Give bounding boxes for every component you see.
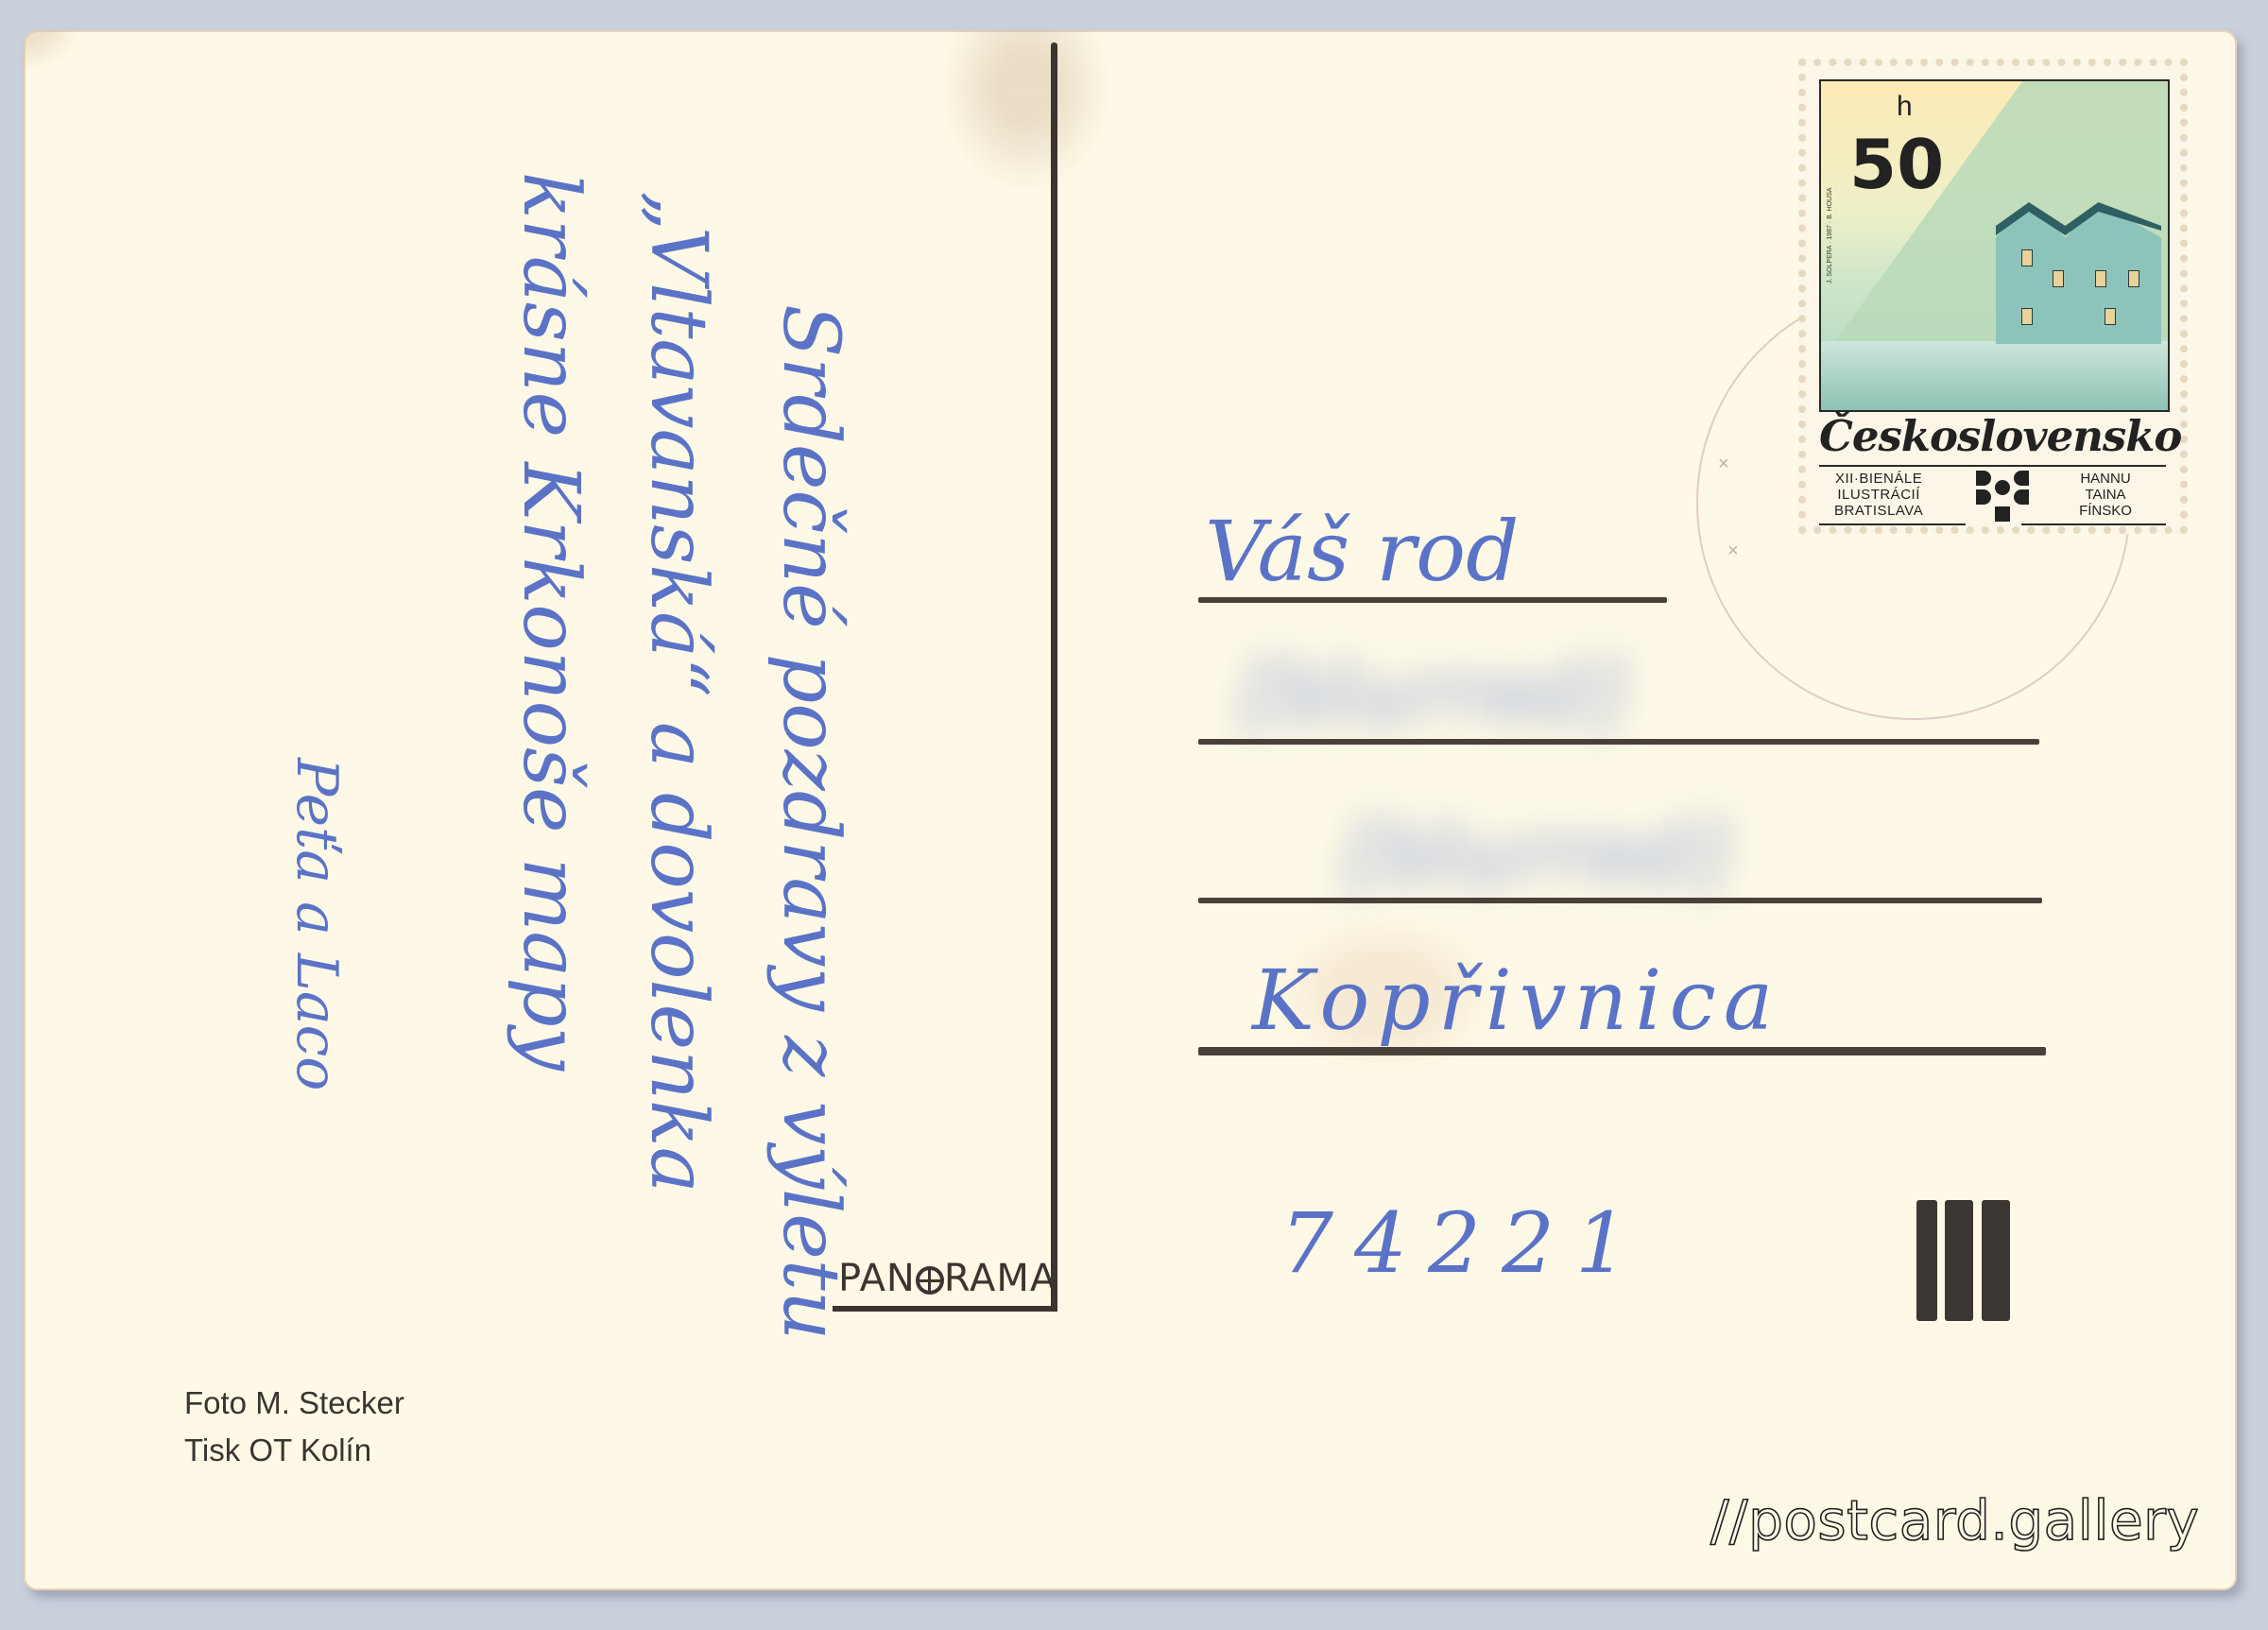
message-signature: Peťa a Laco	[283, 758, 350, 1090]
postal-sort-bar	[1982, 1200, 2010, 1321]
postcard: × × h 50 J. SOLPERA · 1987 · B. HOUSA Če…	[24, 30, 2237, 1590]
postmark-mark-icon: ×	[1727, 540, 1739, 562]
bienale-logo-icon	[1976, 471, 2029, 523]
photo-credit: Foto M. Stecker	[184, 1380, 404, 1427]
address-rule	[1198, 1047, 2046, 1055]
message-line: „Vltavanská“ a dovolenka	[633, 191, 723, 1193]
card-divider-foot	[833, 1306, 1057, 1312]
stamp-illustration: h 50 J. SOLPERA · 1987 · B. HOUSA	[1819, 79, 2170, 412]
postal-code-digit: 4	[1347, 1194, 1415, 1292]
address-rule	[1198, 739, 2039, 745]
postal-code-digit: 7	[1273, 1194, 1341, 1292]
card-divider-line	[1051, 43, 1057, 1311]
globe-icon	[916, 1266, 944, 1295]
postal-code-digit: 2	[1494, 1194, 1562, 1292]
stamp-country: Československo	[1819, 408, 2166, 467]
address-city: Kopřivnica	[1252, 952, 1780, 1049]
stamp-face-value: 50	[1849, 130, 1944, 198]
watermark: //postcard.gallery	[1710, 1488, 2199, 1553]
message-line: Srdečné pozdravy z výletu	[765, 304, 855, 1341]
postal-code-digit: 1	[1568, 1194, 1636, 1292]
stamp-right-caption: HANNU TAINA FÍNSKO	[2063, 471, 2148, 519]
print-credit: Tisk OT Kolín	[184, 1427, 404, 1474]
stamp-artist-credit: J. SOLPERA · 1987 · B. HOUSA	[1827, 187, 1833, 283]
address-line-3: [blurred]	[1347, 805, 1727, 902]
postal-sort-bar	[1916, 1200, 1937, 1321]
publisher-logo: PANRAMA	[838, 1257, 1057, 1300]
address-line-2: [blurred]	[1243, 644, 1623, 742]
postmark-mark-icon: ×	[1718, 454, 1729, 475]
postal-code-digit: 2	[1420, 1194, 1488, 1292]
address-rule	[1198, 898, 2042, 903]
message-line: krásne Krkonoše mapy	[506, 172, 595, 1071]
print-credits: Foto M. Stecker Tisk OT Kolín	[184, 1380, 404, 1474]
address-rule	[1198, 597, 1667, 603]
postage-stamp: h 50 J. SOLPERA · 1987 · B. HOUSA Českos…	[1798, 59, 2188, 534]
stamp-left-caption: XII·BIENÁLE ILUSTRÁCIÍ BRATISLAVA	[1834, 471, 1923, 519]
postal-sort-bar	[1945, 1200, 1973, 1321]
address-line-1: Váš rod	[1205, 503, 1519, 600]
stamp-currency: h	[1897, 91, 1913, 123]
